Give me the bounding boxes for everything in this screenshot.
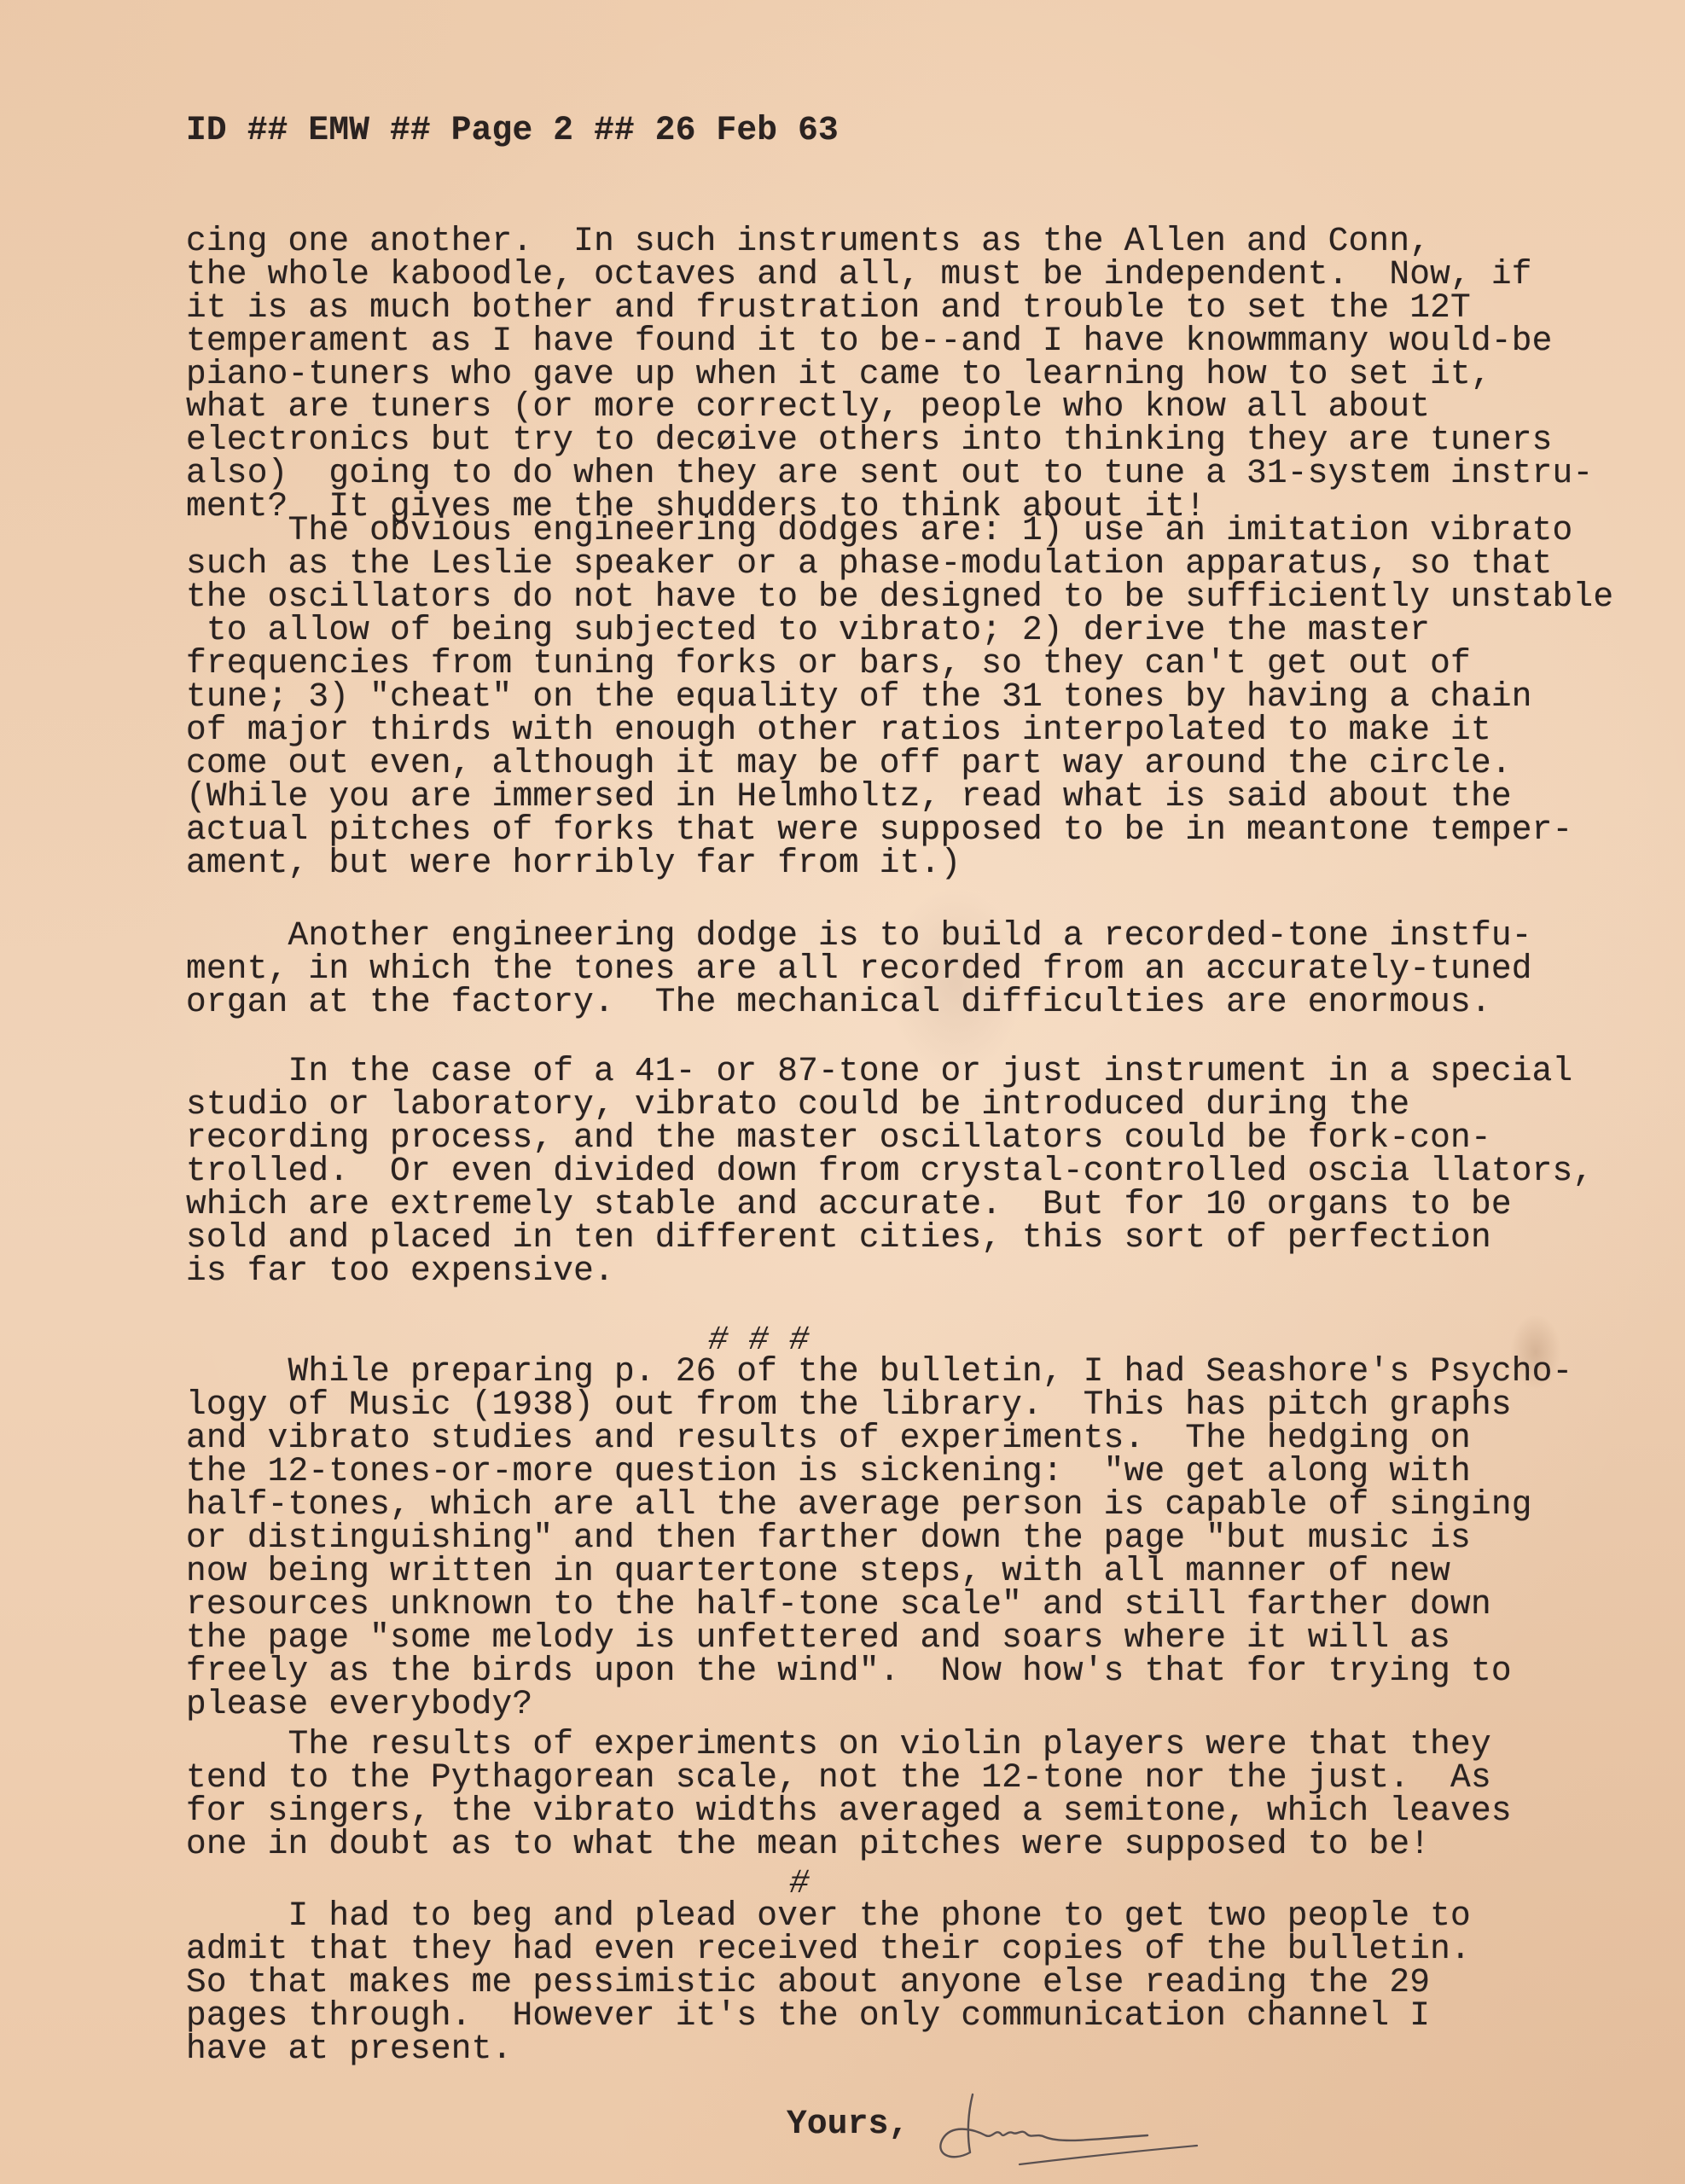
text-line: what are tuners (or more correctly, peop… xyxy=(186,390,1430,424)
text-line: freely as the birds upon the wind". Now … xyxy=(186,1654,1512,1688)
text-line: electronics but try to decøive others in… xyxy=(186,423,1553,457)
text-line: temperament as I have found it to be--an… xyxy=(186,324,1553,358)
text-line: piano-tuners who gave up when it came to… xyxy=(186,357,1491,392)
text-line: also) going to do when they are sent out… xyxy=(186,456,1593,491)
text-line: and vibrato studies and results of exper… xyxy=(186,1421,1471,1455)
text-line: ment, in which the tones are all recorde… xyxy=(186,952,1532,986)
text-line: The results of experiments on violin pla… xyxy=(186,1728,1491,1762)
text-line: come out even, although it may be off pa… xyxy=(186,746,1512,781)
text-line: The obvious engineering dodges are: 1) u… xyxy=(186,514,1572,548)
text-line: In the case of a 41- or 87-tone or just … xyxy=(186,1054,1572,1089)
text-line: to allow of being subjected to vibrato; … xyxy=(186,613,1430,648)
text-line: is far too expensive. xyxy=(186,1254,614,1288)
text-line: While preparing p. 26 of the bulletin, I… xyxy=(186,1355,1572,1389)
text-line: or distinguishing" and then farther down… xyxy=(186,1521,1471,1555)
text-line: one in doubt as to what the mean pitches… xyxy=(186,1827,1430,1862)
text-line: now being written in quartertone steps, … xyxy=(186,1554,1450,1589)
signature-icon xyxy=(926,2086,1199,2180)
text-line: logy of Music (1938) out from the librar… xyxy=(186,1388,1512,1422)
text-line: frequencies from tuning forks or bars, s… xyxy=(186,647,1471,681)
text-line: studio or laboratory, vibrato could be i… xyxy=(186,1088,1409,1122)
text-line: it is as much bother and frustration and… xyxy=(186,291,1471,325)
text-line: resources unknown to the half-tone scale… xyxy=(186,1588,1491,1622)
text-line: trolled. Or even divided down from cryst… xyxy=(186,1154,1593,1188)
closing-salutation: Yours, xyxy=(787,2107,909,2141)
text-line: tune; 3) "cheat" on the equality of the … xyxy=(186,680,1532,714)
text-line: So that makes me pessimistic about anyon… xyxy=(186,1966,1430,2000)
text-line: tend to the Pythagorean scale, not the 1… xyxy=(186,1761,1491,1795)
text-line: (While you are immersed in Helmholtz, re… xyxy=(186,780,1512,814)
text-line: the page "some melody is unfettered and … xyxy=(186,1621,1450,1655)
text-line: the whole kaboodle, octaves and all, mus… xyxy=(186,258,1532,292)
text-line: please everybody? xyxy=(186,1687,532,1722)
text-line: pages through. However it's the only com… xyxy=(186,1999,1430,2033)
text-line: actual pitches of forks that were suppos… xyxy=(186,813,1572,847)
text-line: such as the Leslie speaker or a phase-mo… xyxy=(186,547,1553,581)
text-line: half-tones, which are all the average pe… xyxy=(186,1488,1532,1522)
section-separator-triple: # # # xyxy=(708,1321,810,1359)
handwritten-signature xyxy=(926,2086,1199,2180)
section-separator-single: # xyxy=(789,1864,810,1902)
text-line: the oscillators do not have to be design… xyxy=(186,580,1613,614)
text-line: of major thirds with enough other ratios… xyxy=(186,713,1491,747)
text-line: which are extremely stable and accurate.… xyxy=(186,1188,1512,1222)
text-line: organ at the factory. The mechanical dif… xyxy=(186,985,1491,1019)
text-line: ament, but were horribly far from it.) xyxy=(186,846,961,880)
text-line: sold and placed in ten different cities,… xyxy=(186,1221,1491,1255)
page-header: ID ## EMW ## Page 2 ## 26 Feb 63 xyxy=(186,113,839,148)
text-line: have at present. xyxy=(186,2032,512,2066)
text-line: cing one another. In such instruments as… xyxy=(186,224,1430,258)
text-line: the 12-tones-or-more question is sickeni… xyxy=(186,1455,1471,1489)
text-line: I had to beg and plead over the phone to… xyxy=(186,1899,1471,1933)
text-line: admit that they had even received their … xyxy=(186,1932,1471,1966)
text-line: Another engineering dodge is to build a … xyxy=(186,919,1532,953)
text-line: for singers, the vibrato widths averaged… xyxy=(186,1794,1512,1828)
text-line: recording process, and the master oscill… xyxy=(186,1121,1491,1155)
